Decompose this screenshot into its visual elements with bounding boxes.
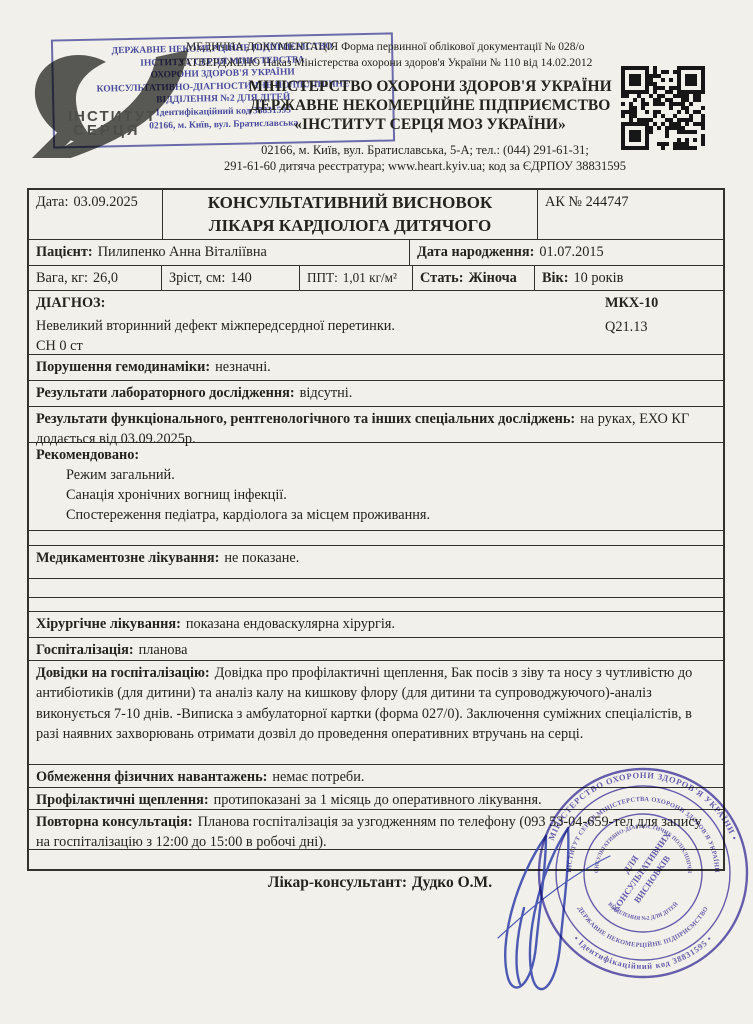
- bsa-value: 1,01 кг/м²: [343, 270, 397, 285]
- consultant-label: Лікар-консультант:: [268, 874, 407, 891]
- recommendation-item: Спостереження педіатра, кардіолога за мі…: [36, 505, 716, 525]
- age-cell: Вік:10 років: [535, 266, 723, 290]
- table-row-diagnosis: ДІАГНОЗ: Невеликий вторинний дефект міжп…: [29, 291, 723, 355]
- svg-text:МІНІСТЕРСТВО ОХОРОНИ ЗДОРОВ'Я: МІНІСТЕРСТВО ОХОРОНИ ЗДОРОВ'Я УКРАЇНИ •: [547, 771, 739, 842]
- height-value: 140: [230, 270, 251, 286]
- certificates-label: Довідки на госпіталізацію:: [36, 665, 210, 681]
- report-title: КОНСУЛЬТАТИВНИЙ ВИСНОВОК ЛІКАРЯ КАРДІОЛО…: [163, 190, 538, 239]
- table-row-patient: Пацієнт:Пилипенко Анна Віталіївна Дата н…: [29, 240, 723, 266]
- age-value: 10 років: [574, 270, 624, 286]
- date-cell: Дата:03.09.2025: [29, 190, 163, 239]
- age-label: Вік:: [542, 270, 569, 286]
- table-row-hospitalization: Госпіталізація:планова: [29, 638, 723, 661]
- limitations-value: немає потреби.: [272, 769, 364, 785]
- round-stamp-outer-top: МІНІСТЕРСТВО ОХОРОНИ ЗДОРОВ'Я УКРАЇНИ •: [547, 771, 739, 842]
- weight-cell: Вага, кг:26,0: [29, 266, 162, 290]
- table-row-functional-results: Результати функціонального, рентгенологі…: [29, 407, 723, 443]
- patient-label: Пацієнт:: [36, 244, 93, 260]
- title-line1: КОНСУЛЬТАТИВНИЙ ВИСНОВОК: [170, 191, 530, 214]
- patient-cell: Пацієнт:Пилипенко Анна Віталіївна: [29, 240, 410, 265]
- table-row-anthropometry: Вага, кг:26,0 Зріст, см:140 ППТ:1,01 кг/…: [29, 266, 723, 291]
- table-row-hemodynamics: Порушення гемодинаміки:незначні.: [29, 355, 723, 381]
- followup-label: Повторна консультація:: [36, 814, 193, 830]
- bsa-label: ППТ:: [307, 270, 338, 285]
- birthdate-value: 01.07.2015: [539, 244, 603, 260]
- date-value: 03.09.2025: [73, 194, 137, 210]
- address-line2: 291-61-60 дитяча реєстратура; www.heart.…: [140, 159, 710, 174]
- date-label: Дата:: [36, 194, 68, 210]
- table-row-header: Дата:03.09.2025 КОНСУЛЬТАТИВНИЙ ВИСНОВОК…: [29, 190, 723, 240]
- bsa-cell: ППТ:1,01 кг/м²: [300, 266, 413, 290]
- birthdate-label: Дата народження:: [417, 244, 534, 260]
- hemodynamics-value: незначні.: [215, 359, 271, 375]
- table-row-surgery: Хірургічне лікування:показана ендоваскул…: [29, 612, 723, 638]
- round-stamp: МІНІСТЕРСТВО ОХОРОНИ ЗДОРОВ'Я УКРАЇНИ • …: [532, 762, 753, 984]
- doc-approval-note: ЗАТВЕРДЖЕНО Наказ Міністерства охорони з…: [178, 57, 592, 69]
- table-row-medication: Медикаментозне лікування:не показане.: [29, 546, 723, 579]
- round-stamp-mid-bottom: ДЕРЖАВНЕ НЕКОМЕРЦІЙНЕ ПІДПРИЄМСТВО: [576, 906, 710, 949]
- recommendation-item: Режим загальний.: [36, 465, 716, 485]
- scanned-medical-document: ІНСТИТУТ СЕРЦЯ ДЕРЖАВНЕ НЕКОМЕРЦІЙНЕ ПІД…: [0, 0, 753, 1024]
- sex-label: Стать:: [420, 270, 463, 286]
- patient-value: Пилипенко Анна Віталіївна: [98, 244, 267, 260]
- sex-cell: Стать:Жіноча: [413, 266, 535, 290]
- table-row-empty: [29, 579, 723, 598]
- diagnosis-extra: СН 0 ст: [36, 336, 716, 356]
- qr-code: [621, 66, 705, 150]
- hemodynamics-label: Порушення гемодинаміки:: [36, 359, 210, 375]
- title-line2: ЛІКАРЯ КАРДІОЛОГА ДИТЯЧОГО: [170, 214, 530, 237]
- hospitalization-label: Госпіталізація:: [36, 642, 134, 658]
- limitations-label: Обмеження фізичних навантажень:: [36, 769, 267, 785]
- table-row-lab-results: Результати лабораторного дослідження:від…: [29, 381, 723, 407]
- table-row-empty: [29, 531, 723, 546]
- hospitalization-value: планова: [139, 642, 188, 658]
- table-row-recommendations: Рекомендовано: Режим загальний. Санація …: [29, 443, 723, 531]
- vaccinations-label: Профілактичні щеплення:: [36, 792, 209, 808]
- doc-form-note: МЕДИЧНА ДОКУМЕНТАЦІЯ Форма первинної обл…: [186, 41, 584, 53]
- functional-results-label: Результати функціонального, рентгенологі…: [36, 411, 575, 427]
- icd-label: МКХ-10: [605, 293, 658, 313]
- diagnosis-label: ДІАГНОЗ:: [36, 295, 105, 311]
- surgery-value: показана ендоваскулярна хірургія.: [186, 616, 395, 632]
- surgery-label: Хірургічне лікування:: [36, 616, 181, 632]
- height-cell: Зріст, см:140: [162, 266, 300, 290]
- recommendations-label: Рекомендовано:: [36, 447, 139, 463]
- medication-value: не показане.: [224, 550, 299, 566]
- birthdate-cell: Дата народження:01.07.2015: [410, 240, 723, 265]
- medication-label: Медикаментозне лікування:: [36, 550, 219, 566]
- svg-text:ДЕРЖАВНЕ НЕКОМЕРЦІЙНЕ ПІДПРИЄМ: ДЕРЖАВНЕ НЕКОМЕРЦІЙНЕ ПІДПРИЄМСТВО: [576, 906, 710, 949]
- weight-value: 26,0: [93, 270, 118, 286]
- table-row-empty: [29, 598, 723, 612]
- ak-number-cell: АК № 244747: [538, 190, 723, 239]
- lab-results-value: відсутні.: [300, 385, 353, 401]
- table-row-certificates: Довідки на госпіталізацію:Довідка про пр…: [29, 661, 723, 765]
- weight-label: Вага, кг:: [36, 270, 88, 286]
- vaccinations-value: протипоказані за 1 місяць до оперативног…: [214, 792, 542, 808]
- lab-results-label: Результати лабораторного дослідження:: [36, 385, 295, 401]
- recommendation-item: Санація хронічних вогнищ інфекції.: [36, 485, 716, 505]
- icd-code: Q21.13: [605, 317, 648, 337]
- height-label: Зріст, см:: [169, 270, 225, 286]
- sex-value: Жіноча: [468, 270, 516, 286]
